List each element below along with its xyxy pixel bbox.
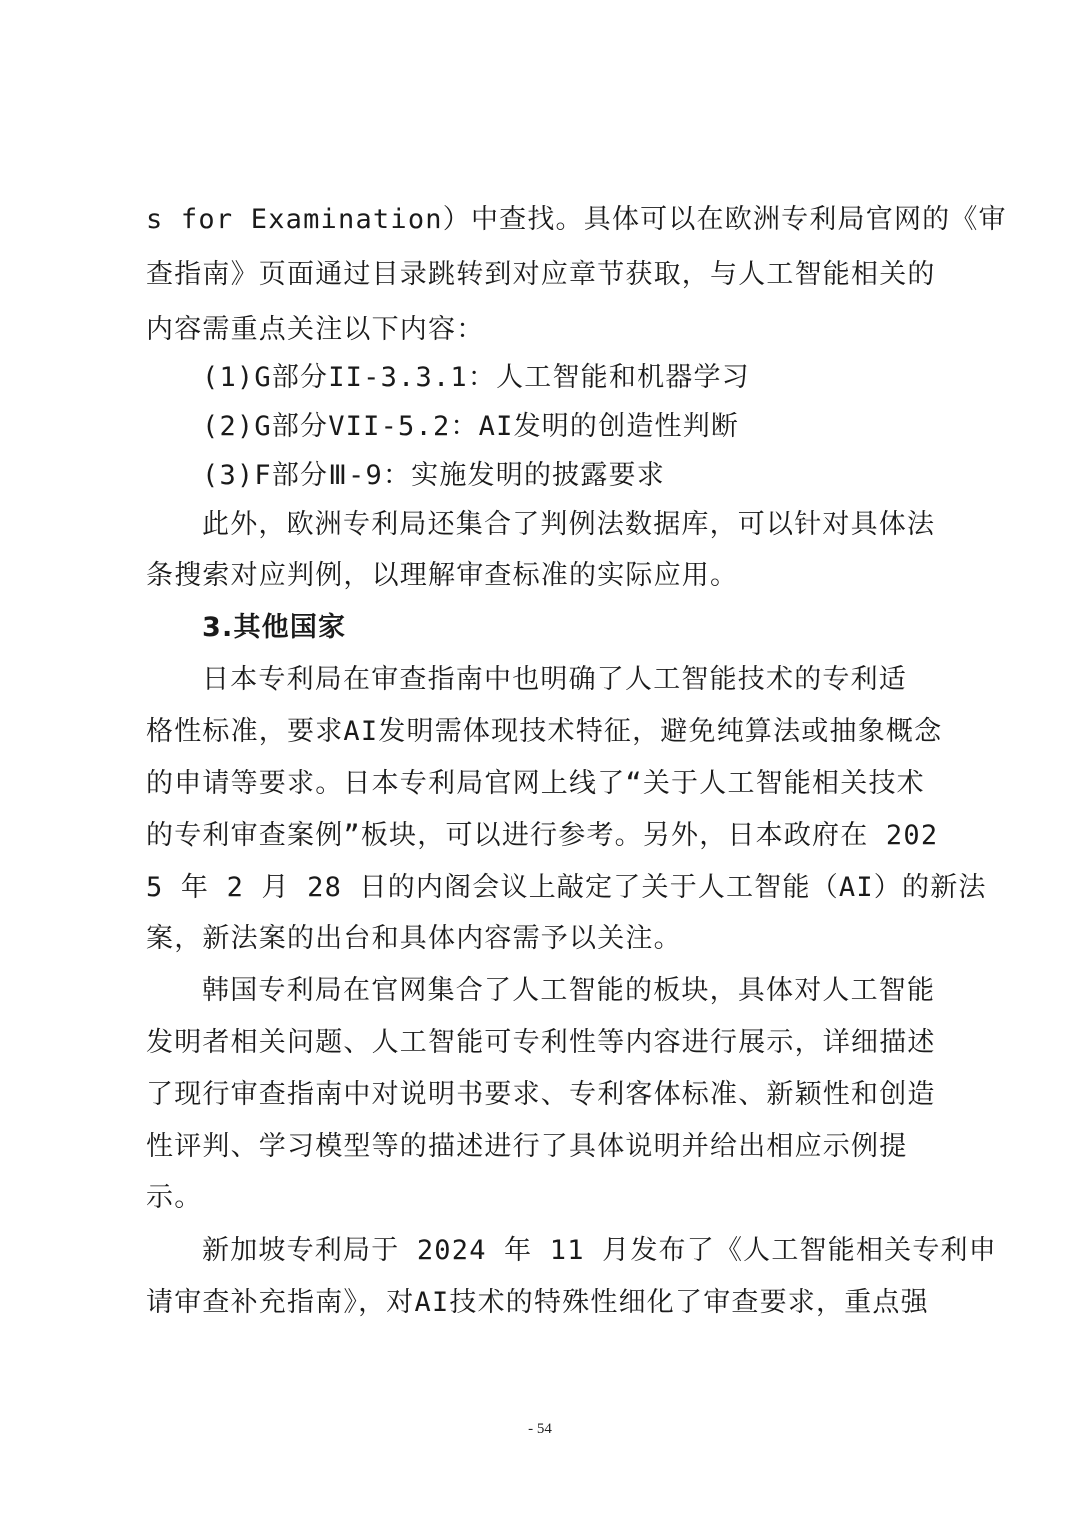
text-line: 条搜索对应判例，以理解审查标准的实际应用。: [146, 556, 738, 596]
section-heading: 3.其他国家: [202, 608, 346, 648]
text-line: 的专利审查案例”板块，可以进行参考。另外，日本政府在 202: [146, 816, 938, 856]
text-line: 韩国专利局在官网集合了人工智能的板块，具体对人工智能: [202, 971, 935, 1011]
text-line: 了现行审查指南中对说明书要求、专利客体标准、新颖性和创造: [146, 1075, 936, 1115]
text-line: 查指南》页面通过目录跳转到对应章节获取，与人工智能相关的: [146, 255, 936, 295]
list-item: (2)G部分VII-5.2：AI发明的创造性判断: [202, 407, 739, 447]
text-line: 内容需重点关注以下内容：: [146, 310, 484, 350]
text-line: 此外，欧洲专利局还集合了判例法数据库，可以针对具体法: [202, 505, 935, 545]
text-line: 请审查补充指南》，对AI技术的特殊性细化了审查要求，重点强: [146, 1283, 929, 1323]
text-line: 发明者相关问题、人工智能可专利性等内容进行展示，详细描述: [146, 1023, 936, 1063]
text-line: s for Examination）中查找。具体可以在欧洲专利局官网的《审: [146, 200, 1007, 240]
text-line: 格性标准，要求AI发明需体现技术特征，避免纯算法或抽象概念: [146, 712, 942, 752]
text-line: 示。: [146, 1178, 202, 1218]
text-line: 性评判、学习模型等的描述进行了具体说明并给出相应示例提: [146, 1127, 907, 1167]
list-item: (1)G部分II-3.3.1：人工智能和机器学习: [202, 358, 750, 398]
page-number: - 54: [0, 1421, 1080, 1438]
list-item: (3)F部分Ⅲ-9：实施发明的披露要求: [202, 456, 665, 496]
text-line: 5 年 2 月 28 日的内阁会议上敲定了关于人工智能（AI）的新法: [146, 868, 987, 908]
text-line: 的申请等要求。日本专利局官网上线了“关于人工智能相关技术: [146, 764, 925, 804]
text-line: 案，新法案的出台和具体内容需予以关注。: [146, 919, 682, 959]
text-line: 日本专利局在审查指南中也明确了人工智能技术的专利适: [202, 660, 907, 700]
text-line: 新加坡专利局于 2024 年 11 月发布了《人工智能相关专利申: [202, 1231, 997, 1271]
